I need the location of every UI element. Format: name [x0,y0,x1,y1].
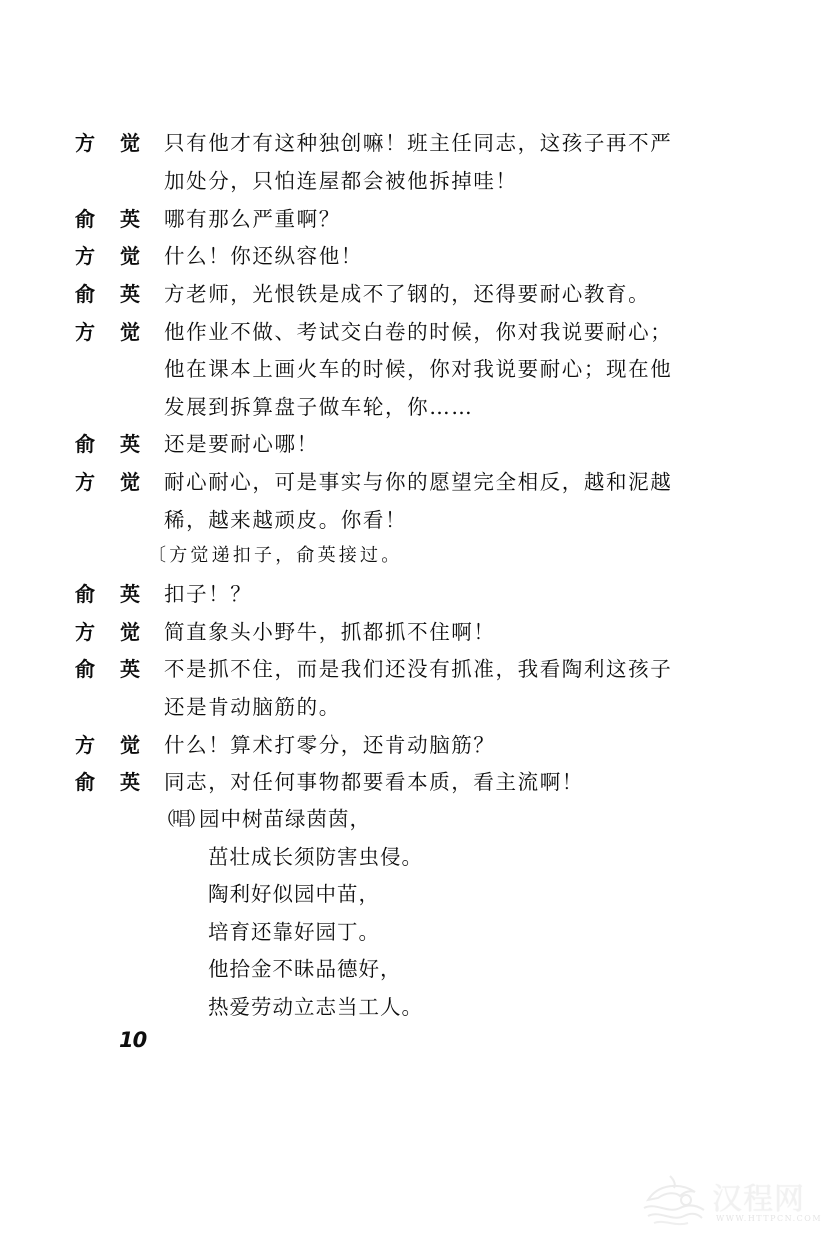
speaker-char: 俞 [75,769,95,795]
dialogue-text: 不是抓不住，而是我们还没有抓准，我看陶利这孩子 [164,656,672,682]
dialogue-text: 耐心耐心，可是事实与你的愿望完全相反，越和泥越 [164,469,672,495]
watermark-url: WWW.HTTPCN.COM [716,1214,822,1223]
dialogue-text: 还是要耐心哪！ [164,431,319,457]
speaker-char: 方 [75,243,95,269]
speaker-char: 方 [75,319,95,345]
speaker-char: 俞 [75,281,95,307]
song-line: 陶利好似园中苗， [0,881,822,907]
song-line: 培育还靠好园丁。 [0,919,822,945]
song-lyric: 茁壮成长须防害虫侵。 [208,844,423,870]
dialogue-text: 加处分，只怕连屋都会被他拆掉哇！ [164,168,518,194]
dialogue-text: 同志，对任何事物都要看本质，看主流啊！ [164,769,584,795]
dialogue-line: 俞 英 哪有那么严重啊？ [0,206,822,232]
song-lyric: 培育还靠好园丁。 [208,919,380,945]
song-lyric: 热爱劳动立志当工人。 [208,994,423,1020]
page-number: 10 [119,1028,146,1052]
dialogue-continuation: 他在课本上画火车的时候，你对我说要耐心；现在他 [0,356,822,382]
speaker-char: 觉 [120,732,140,758]
dialogue-text: 他作业不做、考试交白卷的时候，你对我说要耐心； [164,319,672,345]
dialogue-continuation: 稀，越来越顽皮。你看！ [0,507,822,533]
song-line: 茁壮成长须防害虫侵。 [0,844,822,870]
dialogue-continuation: 加处分，只怕连屋都会被他拆掉哇！ [0,168,822,194]
dialogue-text: 什么！算术打零分，还肯动脑筋？ [164,732,496,758]
dialogue-line: 俞 英 不是抓不住，而是我们还没有抓准，我看陶利这孩子 [0,656,822,682]
speaker-char: 英 [120,581,140,607]
dolphin-wave-logo-icon [640,1170,710,1230]
speaker-char: 方 [75,130,95,156]
dialogue-text: 还是肯动脑筋的。 [164,694,341,720]
watermark: 汉程网 WWW.HTTPCN.COM [640,1170,820,1230]
speaker-char: 觉 [120,319,140,345]
song-line: 他拾金不昧品德好， [0,956,822,982]
song-lyric: 陶利好似园中苗， [208,881,380,907]
dialogue-text: 他在课本上画火车的时候，你对我说要耐心；现在他 [164,356,672,382]
sing-marker: （唱） [156,806,204,832]
speaker-char: 觉 [120,619,140,645]
song-lyric: 他拾金不昧品德好， [208,956,402,982]
dialogue-line: 方 觉 简直象头小野牛，抓都抓不住啊！ [0,619,822,645]
dialogue-continuation: 发展到拆算盘子做车轮，你…… [0,394,822,420]
dialogue-text: 只有他才有这种独创嘛！班主任同志，这孩子再不严 [164,130,672,156]
stage-direction: 〔方觉递扣子，俞英接过。 [0,543,822,569]
dialogue-line: 俞 英 扣子！？ [0,581,822,607]
dialogue-line: 俞 英 还是要耐心哪！ [0,431,822,457]
speaker-char: 方 [75,469,95,495]
dialogue-text: 方老师，光恨铁是成不了钢的，还得要耐心教育。 [164,281,650,307]
dialogue-text: 发展到拆算盘子做车轮，你…… [164,394,473,420]
dialogue-text: 扣子！？ [164,581,252,607]
dialogue-line: 俞 英 同志，对任何事物都要看本质，看主流啊！ [0,769,822,795]
speaker-char: 方 [75,619,95,645]
dialogue-text: 哪有那么严重啊？ [164,206,341,232]
dialogue-line: 方 觉 他作业不做、考试交白卷的时候，你对我说要耐心； [0,319,822,345]
song-line: 热爱劳动立志当工人。 [0,994,822,1020]
dialogue-line: 方 觉 什么！算术打零分，还肯动脑筋？ [0,732,822,758]
speaker-char: 俞 [75,581,95,607]
dialogue-text: 稀，越来越顽皮。你看！ [164,507,407,533]
dialogue-continuation: 还是肯动脑筋的。 [0,694,822,720]
speaker-char: 觉 [120,243,140,269]
dialogue-line: 方 觉 只有他才有这种独创嘛！班主任同志，这孩子再不严 [0,130,822,156]
speaker-char: 俞 [75,656,95,682]
speaker-char: 英 [120,769,140,795]
dialogue-line: 方 觉 什么！你还纵容他！ [0,243,822,269]
dialogue-text: 简直象头小野牛，抓都抓不住啊！ [164,619,496,645]
song-line: （唱） 园中树苗绿茵茵， [0,806,822,832]
dialogue-text: 什么！你还纵容他！ [164,243,363,269]
speaker-char: 俞 [75,431,95,457]
dialogue-line: 俞 英 方老师，光恨铁是成不了钢的，还得要耐心教育。 [0,281,822,307]
speaker-char: 觉 [120,469,140,495]
watermark-name: 汉程网 [712,1174,805,1218]
speaker-char: 俞 [75,206,95,232]
stage-direction-text: 〔方觉递扣子，俞英接过。 [148,543,402,569]
book-page: 方 觉 只有他才有这种独创嘛！班主任同志，这孩子再不严 加处分，只怕连屋都会被他… [0,0,822,1239]
speaker-char: 英 [120,431,140,457]
dialogue-line: 方 觉 耐心耐心，可是事实与你的愿望完全相反，越和泥越 [0,469,822,495]
speaker-char: 英 [120,206,140,232]
speaker-char: 方 [75,732,95,758]
speaker-char: 觉 [120,130,140,156]
song-lyric: 园中树苗绿茵茵， [199,806,371,832]
speaker-char: 英 [120,281,140,307]
speaker-char: 英 [120,656,140,682]
